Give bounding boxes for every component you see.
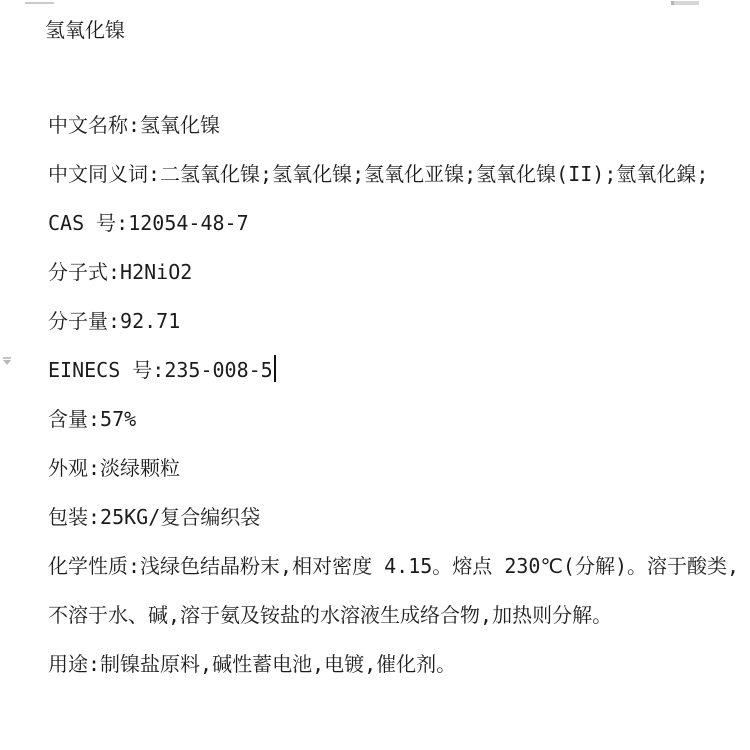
doc-line-text: 中文名称:氢氧化镍 xyxy=(48,109,220,138)
doc-line-text: 不溶于水、碱,溶于氨及铵盐的水溶液生成络合物,加热则分解。 xyxy=(48,599,612,628)
doc-line-text: 中文同义词:二氢氧化镍;氢氧化镍;氢氧化亚镍;氢氧化镍(II);氫氧化鎳; xyxy=(48,158,708,187)
document-body[interactable]: 中文名称:氢氧化镍 中文同义词:二氢氧化镍;氢氧化镍;氢氧化亚镍;氢氧化镍(II… xyxy=(48,99,738,687)
doc-line-text: 用途:制镍盐原料,碱性蓄电池,电镀,催化剂。 xyxy=(48,648,456,677)
doc-line-text: EINECS 号:235-008-5 xyxy=(48,354,273,383)
marker-bar xyxy=(3,357,11,359)
page-edge-artifact-right xyxy=(671,1,699,5)
doc-line-text: 分子量:92.71 xyxy=(48,305,180,334)
doc-line-text: 外观:淡绿颗粒 xyxy=(48,452,180,481)
doc-line-chemical-properties-2[interactable]: 不溶于水、碱,溶于氨及铵盐的水溶液生成络合物,加热则分解。 xyxy=(48,589,738,638)
doc-line-chinese-synonyms[interactable]: 中文同义词:二氢氧化镍;氢氧化镍;氢氧化亚镍;氢氧化镍(II);氫氧化鎳; xyxy=(48,148,738,197)
doc-line-chinese-name[interactable]: 中文名称:氢氧化镍 xyxy=(48,99,738,148)
document-page[interactable]: { "page": { "background": "#ffffff", "te… xyxy=(0,0,750,750)
down-arrow-margin-marker-icon xyxy=(2,357,12,366)
doc-line-text: 含量:57% xyxy=(48,403,136,432)
doc-line-chemical-properties-1[interactable]: 化学性质:浅绿色结晶粉末,相对密度 4.15。熔点 230℃(分解)。溶于酸类, xyxy=(48,540,738,589)
doc-line-einecs-number[interactable]: EINECS 号:235-008-5 xyxy=(48,344,738,393)
doc-line-text: 分子式:H2NiO2 xyxy=(48,256,192,285)
doc-line-text: 化学性质:浅绿色结晶粉末,相对密度 4.15。熔点 230℃(分解)。溶于酸类, xyxy=(48,550,739,579)
doc-line-packaging[interactable]: 包装:25KG/复合编织袋 xyxy=(48,491,738,540)
doc-line-molecular-weight[interactable]: 分子量:92.71 xyxy=(48,295,738,344)
doc-line-content-percentage[interactable]: 含量:57% xyxy=(48,393,738,442)
doc-line-text: 包装:25KG/复合编织袋 xyxy=(48,501,260,530)
doc-line-cas-number[interactable]: CAS 号:12054-48-7 xyxy=(48,197,738,246)
page-edge-artifact-left xyxy=(25,2,54,4)
document-title[interactable]: 氢氧化镍 xyxy=(45,18,125,42)
doc-line-usage[interactable]: 用途:制镍盐原料,碱性蓄电池,电镀,催化剂。 xyxy=(48,638,738,687)
marker-triangle xyxy=(3,360,11,365)
doc-line-molecular-formula[interactable]: 分子式:H2NiO2 xyxy=(48,246,738,295)
doc-line-appearance[interactable]: 外观:淡绿颗粒 xyxy=(48,442,738,491)
text-cursor xyxy=(274,355,276,382)
doc-line-text: CAS 号:12054-48-7 xyxy=(48,207,249,236)
